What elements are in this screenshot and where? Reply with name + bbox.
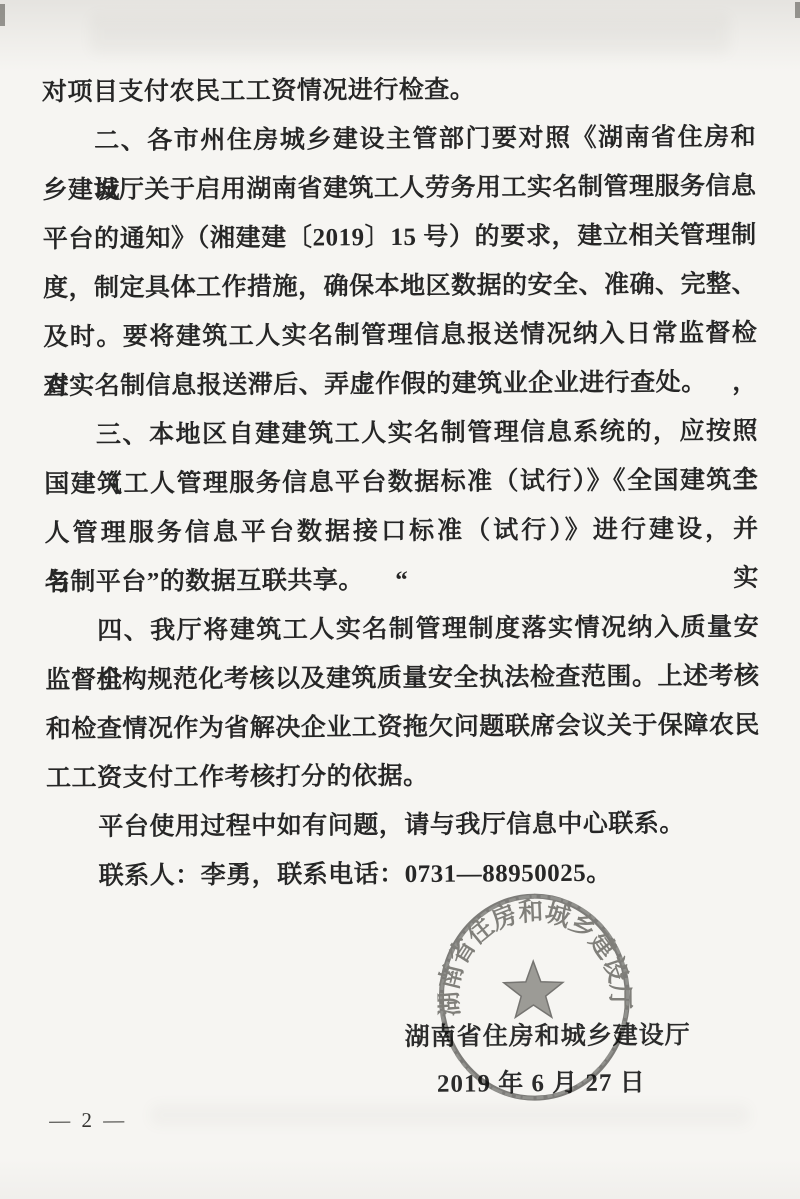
body-text-line: 国建筑工人管理服务信息平台数据标准（试行）》《全国建筑工: [44, 456, 758, 509]
body-text-line: 工工资支付工作考核打分的依据。: [46, 750, 760, 803]
page-number: — 2 —: [49, 1108, 127, 1133]
document-body-text: 对项目支付农民工工资情况进行检查。二、各市州住房城乡建设主管部门要对照《湖南省住…: [42, 64, 761, 901]
issuer-signature: 湖南省住房和城乡建设厅: [405, 1015, 691, 1053]
body-text-line: 三、本地区自建建筑工人实名制管理信息系统的，应按照《全: [44, 407, 758, 460]
body-text-line: 联系人：李勇，联系电话：0731—88950025。: [47, 848, 761, 901]
body-text-line: 度，制定具体工作措施，确保本地区数据的安全、准确、完整、: [43, 260, 757, 313]
body-text-line: 及时。要将建筑工人实名制管理信息报送情况纳入日常监督检查，: [43, 309, 757, 362]
body-text-line: 四、我厅将建筑工人实名制管理制度落实情况纳入质量安全: [45, 603, 759, 656]
body-text-line: 对实名制信息报送滞后、弄虚作假的建筑业企业进行查处。: [44, 358, 758, 411]
body-text-line: 监督机构规范化考核以及建筑质量安全执法检查范围。上述考核: [45, 652, 759, 705]
document-date: 2019 年 6 月 27 日: [437, 1063, 646, 1100]
body-text-line: 对项目支付农民工工资情况进行检查。: [42, 64, 756, 117]
body-text-line: 乡建设厅关于启用湖南省建筑工人劳务用工实名制管理服务信息: [42, 162, 756, 215]
body-text-line: 平台的通知》（湘建建〔2019〕15 号）的要求，建立相关管理制: [43, 211, 757, 264]
seal-curved-text: 湖南省住房和城乡建设厅: [437, 896, 634, 1017]
body-text-line: 二、各市州住房城乡建设主管部门要对照《湖南省住房和城: [42, 113, 756, 166]
body-text-line: 人管理服务信息平台数据接口标准（试行）》进行建设，并与“实: [44, 505, 758, 558]
scanned-document-page: 对项目支付农民工工资情况进行检查。二、各市州住房城乡建设主管部门要对照《湖南省住…: [0, 0, 800, 1199]
body-text-line: 和检查情况作为省解决企业工资拖欠问题联席会议关于保障农民: [46, 701, 760, 754]
seal-star-icon: [504, 961, 563, 1017]
body-text-line: 平台使用过程中如有问题，请与我厅信息中心联系。: [46, 799, 760, 852]
document-content: 对项目支付农民工工资情况进行检查。二、各市州住房城乡建设主管部门要对照《湖南省住…: [0, 0, 800, 1199]
